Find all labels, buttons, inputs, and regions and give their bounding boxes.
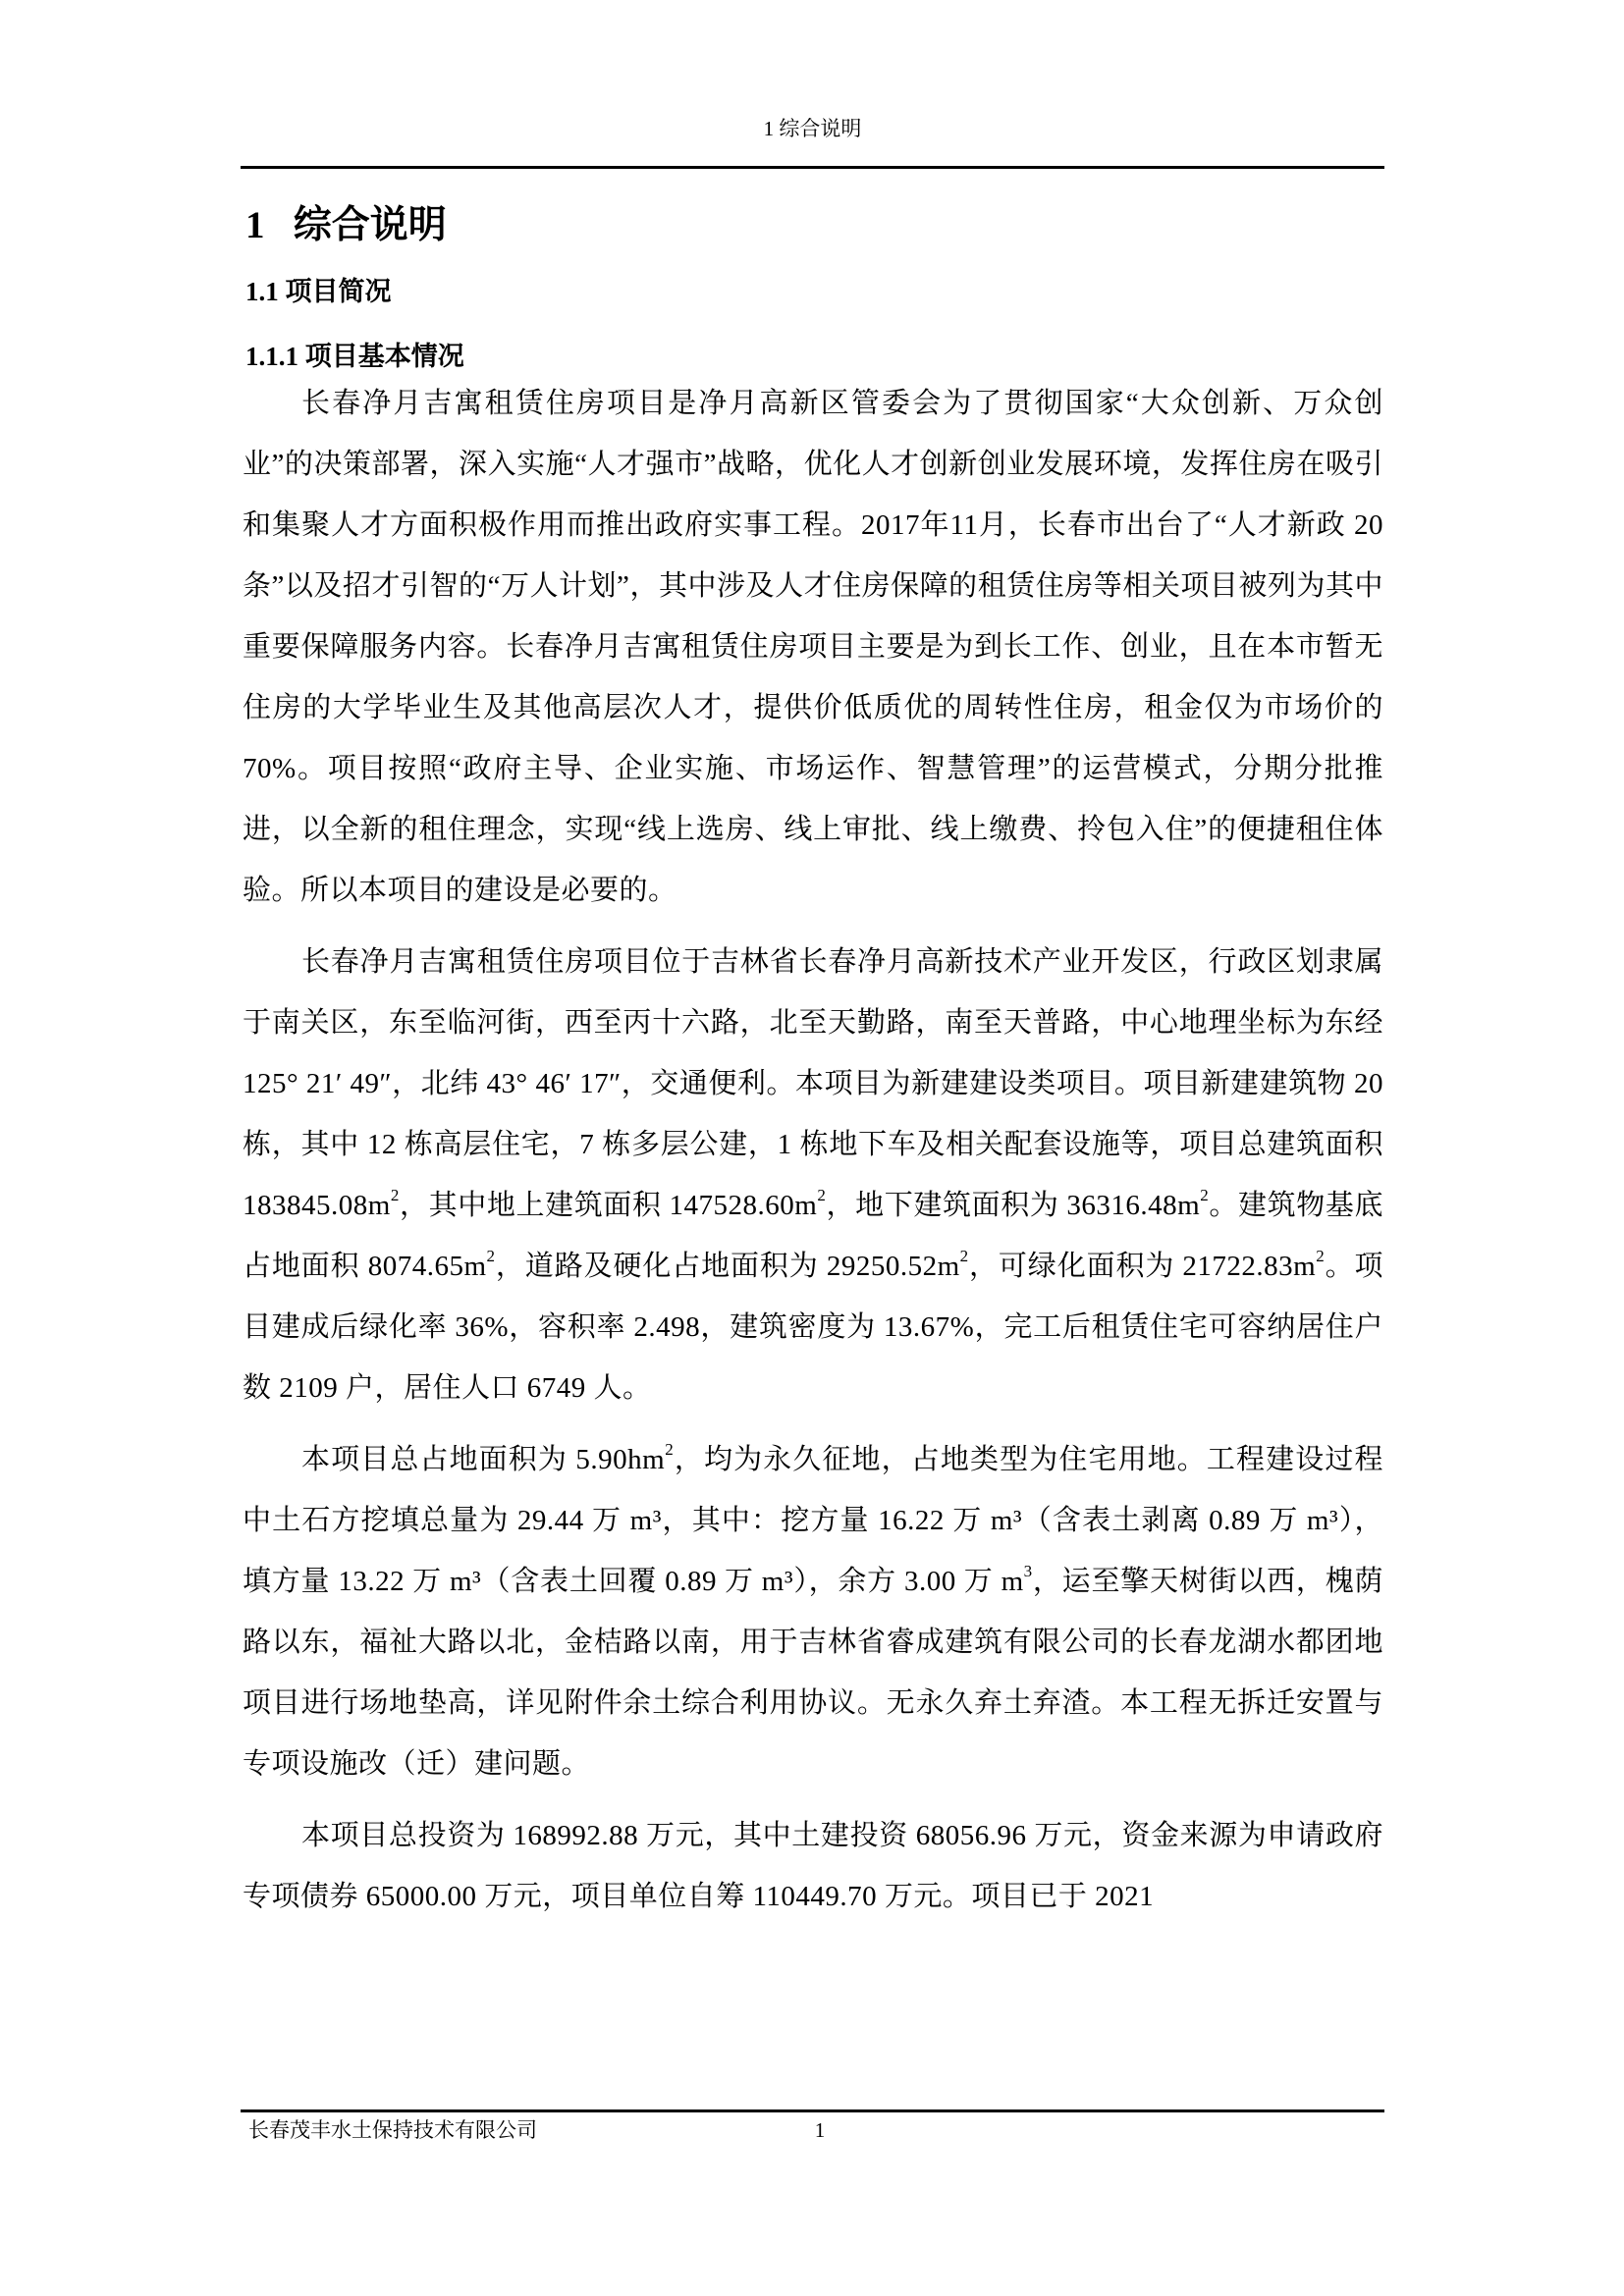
paragraph-background: 长春净月吉寓租赁住房项目是净月高新区管委会为了贯彻国家“大众创新、万众创业”的决… [243,373,1383,921]
superscript: 2 [1316,1247,1325,1265]
superscript: 3 [1024,1562,1033,1580]
body-text: 长春净月吉寓租赁住房项目是净月高新区管委会为了贯彻国家“大众创新、万众创业”的决… [243,373,1383,1938]
chapter-heading: 1 综合说明 [245,202,447,249]
text-run: 本项目总占地面积为 5.90hm [301,1444,665,1475]
paragraph-investment: 本项目总投资为 168992.88 万元，其中土建投资 68056.96 万元，… [243,1805,1383,1927]
document-page: 1 综合说明 1 综合说明 1.1 项目简况 1.1.1 项目基本情况 长春净月… [0,0,1624,2296]
paragraph-location-scale: 长春净月吉寓租赁住房项目位于吉林省长春净月高新技术产业开发区，行政区划隶属于南关… [243,932,1383,1418]
text-run: ，道路及硬化占地面积为 29250.52m [496,1251,960,1282]
superscript: 2 [391,1186,400,1204]
footer-rule [241,2109,1384,2112]
text-run: 长春净月吉寓租赁住房项目位于吉林省长春净月高新技术产业开发区，行政区划隶属于南关… [243,946,1383,1221]
superscript: 2 [960,1247,969,1265]
text-run: ，其中地上建筑面积 147528.60m [400,1190,818,1221]
page-number: 1 [805,2117,835,2143]
superscript: 2 [817,1186,826,1204]
section-heading: 1.1 项目简况 [245,275,392,308]
text-run: ，地下建筑面积为 36316.48m [826,1190,1200,1221]
superscript: 2 [1200,1186,1209,1204]
subsection-heading: 1.1.1 项目基本情况 [245,340,464,373]
paragraph-land-earthwork: 本项目总占地面积为 5.90hm2，均为永久征地，占地类型为住宅用地。工程建设过… [243,1429,1383,1794]
text-run: ，可绿化面积为 21722.83m [969,1251,1317,1282]
superscript: 2 [665,1440,674,1459]
footer-company: 长春茂丰水土保持技术有限公司 [248,2117,537,2143]
superscript: 2 [487,1247,496,1265]
header-rule [241,166,1384,169]
text-run: ，运至擎天树街以西，槐荫路以东，福祉大路以北，金桔路以南，用于吉林省睿成建筑有限… [243,1566,1383,1780]
running-header: 1 综合说明 [241,116,1384,141]
